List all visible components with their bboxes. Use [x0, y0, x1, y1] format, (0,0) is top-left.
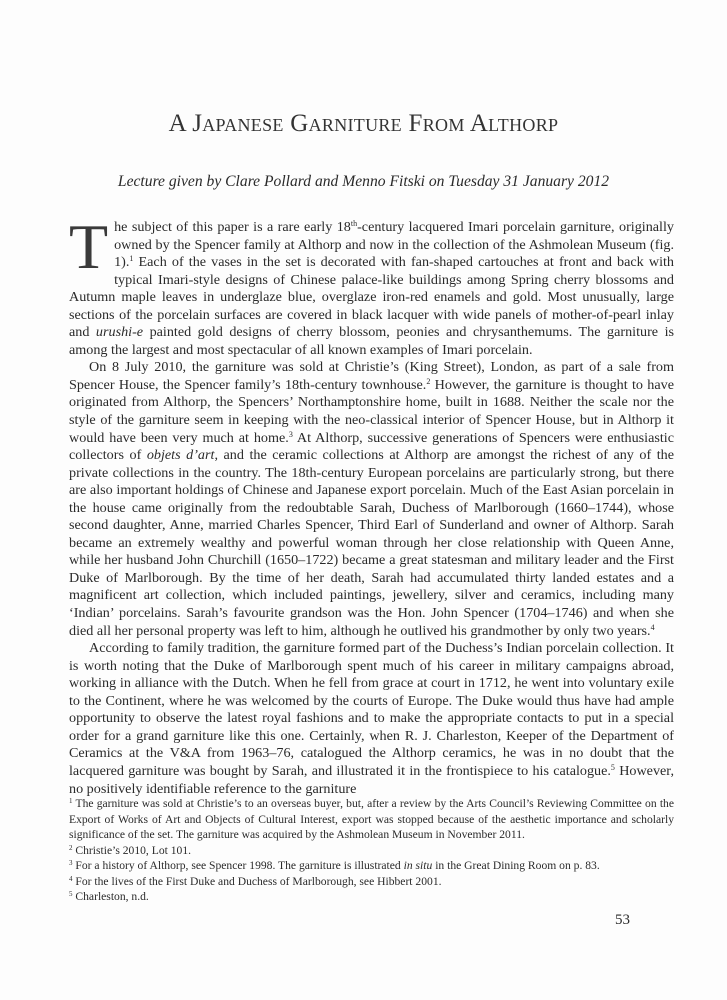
article-title: A Japanese Garniture From Althorp [0, 110, 727, 138]
footnote-number: 5 [69, 890, 73, 898]
italic-text: objets d’art [147, 447, 215, 463]
paragraph-3: According to family tradition, the garni… [69, 640, 674, 798]
footnotes: 1 The garniture was sold at Christie’s t… [69, 796, 674, 905]
footnote-ref: 1 [129, 254, 133, 263]
footnote-number: 4 [69, 875, 73, 883]
footnote-number: 1 [69, 797, 73, 805]
drop-cap: T [69, 221, 108, 273]
paragraph-1: The subject of this paper is a rare earl… [69, 219, 674, 359]
page-number: 53 [600, 912, 630, 929]
footnote-ref: 5 [611, 763, 615, 772]
footnote-4: 4 For the lives of the First Duke and Du… [69, 874, 674, 890]
footnote-ref: th [351, 219, 357, 228]
footnote-1: 1 The garniture was sold at Christie’s t… [69, 796, 674, 843]
footnote-2: 2 Christie’s 2010, Lot 101. [69, 843, 674, 859]
article-body: The subject of this paper is a rare earl… [69, 219, 674, 798]
italic-text: urushi-e [96, 324, 143, 340]
footnote-3: 3 For a history of Althorp, see Spencer … [69, 858, 674, 874]
italic-text: in situ [404, 859, 433, 872]
footnote-5: 5 Charleston, n.d. [69, 889, 674, 905]
document-page: A Japanese Garniture From Althorp Lectur… [0, 0, 727, 1000]
paragraph-2: On 8 July 2010, the garniture was sold a… [69, 359, 674, 640]
footnote-number: 3 [69, 859, 73, 867]
footnote-ref: 4 [651, 623, 655, 632]
footnote-number: 2 [69, 844, 73, 852]
lecture-subtitle: Lecture given by Clare Pollard and Menno… [0, 173, 727, 191]
footnote-ref: 2 [426, 377, 430, 386]
footnote-ref: 3 [289, 430, 293, 439]
